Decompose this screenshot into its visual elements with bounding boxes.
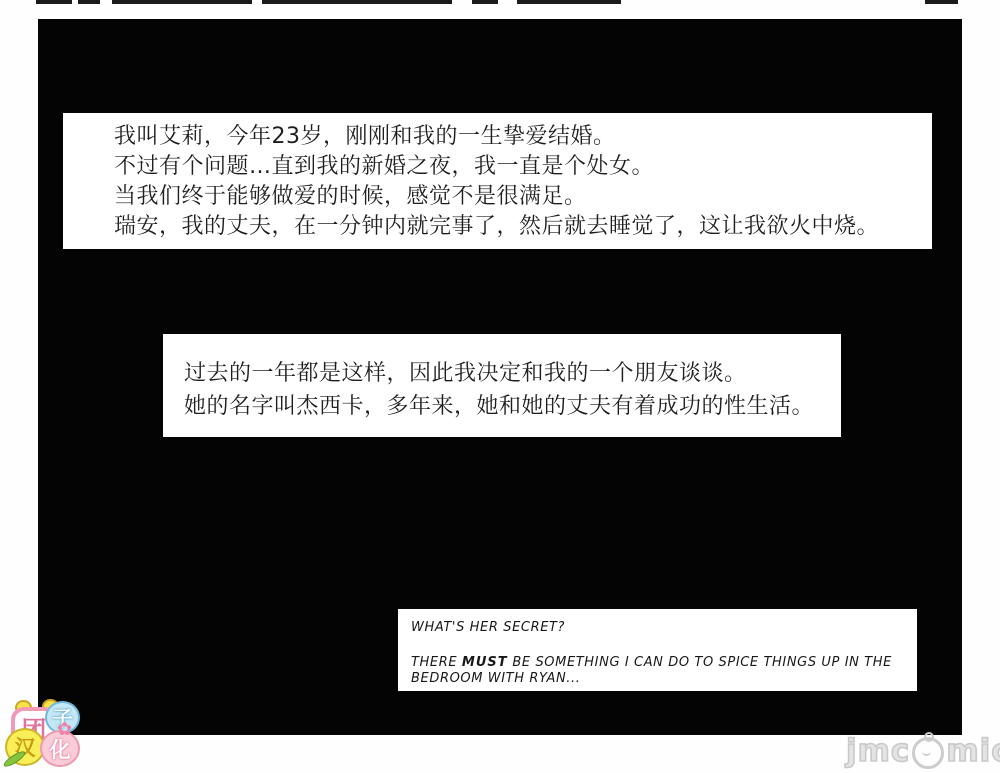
comic-page: 我叫艾莉，今年23岁，刚刚和我的一生挚爱结婚。 不过有个问题…直到我的新婚之夜，… (0, 0, 1000, 773)
narration-line: 当我们终于能够做爱的时候，感觉不是很满足。 (114, 182, 914, 212)
panel-remnant-dash (517, 0, 621, 4)
narration-line: 她的名字叫杰西卡，多年来，她和她的丈夫有着成功的性生活。 (184, 390, 825, 423)
panel-remnant-dash (472, 0, 498, 4)
narration-text: BE SOMETHING I CAN DO TO SPICE THINGS UP… (508, 655, 892, 670)
narration-line: BEDROOM WITH RYAN... (411, 671, 905, 687)
narration-box-top: 我叫艾莉，今年23岁，刚刚和我的一生挚爱结婚。 不过有个问题…直到我的新婚之夜，… (63, 113, 932, 249)
bomb-icon (912, 737, 944, 769)
narration-text: THERE (411, 655, 462, 670)
narration-line: 过去的一年都是这样，因此我决定和我的一个朋友谈谈。 (184, 357, 825, 390)
narration-line: THERE MUST BE SOMETHING I CAN DO TO SPIC… (411, 655, 905, 671)
jmcomic-watermark: jmcmic (846, 735, 1000, 767)
narration-line: WHAT'S HER SECRET? (411, 620, 905, 636)
panel-remnant-dash (78, 0, 100, 4)
narration-line: 我叫艾莉，今年23岁，刚刚和我的一生挚爱结婚。 (114, 122, 914, 152)
narration-box-middle: 过去的一年都是这样，因此我决定和我的一个朋友谈谈。 她的名字叫杰西卡，多年来，她… (163, 334, 841, 437)
panel-remnant-dash (262, 0, 452, 4)
watermark-text-right: mic (946, 736, 1000, 767)
panel-remnant-dash (112, 0, 252, 4)
narration-box-english: WHAT'S HER SECRET? THERE MUST BE SOMETHI… (398, 609, 917, 691)
narration-line: 瑞安，我的丈夫，在一分钟内就完事了，然后就去睡觉了，这让我欲火中烧。 (114, 212, 914, 242)
narration-emphasis: MUST (462, 655, 508, 670)
narration-line: 不过有个问题…直到我的新婚之夜，我一直是个处女。 (114, 152, 914, 182)
panel-remnant-dash (925, 0, 958, 4)
panel-remnant-dash (36, 0, 72, 4)
watermark-text-left: jmc (846, 736, 910, 767)
flower-icon: ✿ (57, 721, 72, 739)
scanlation-logo: 团 子 汉 化 ✿ (0, 695, 95, 773)
